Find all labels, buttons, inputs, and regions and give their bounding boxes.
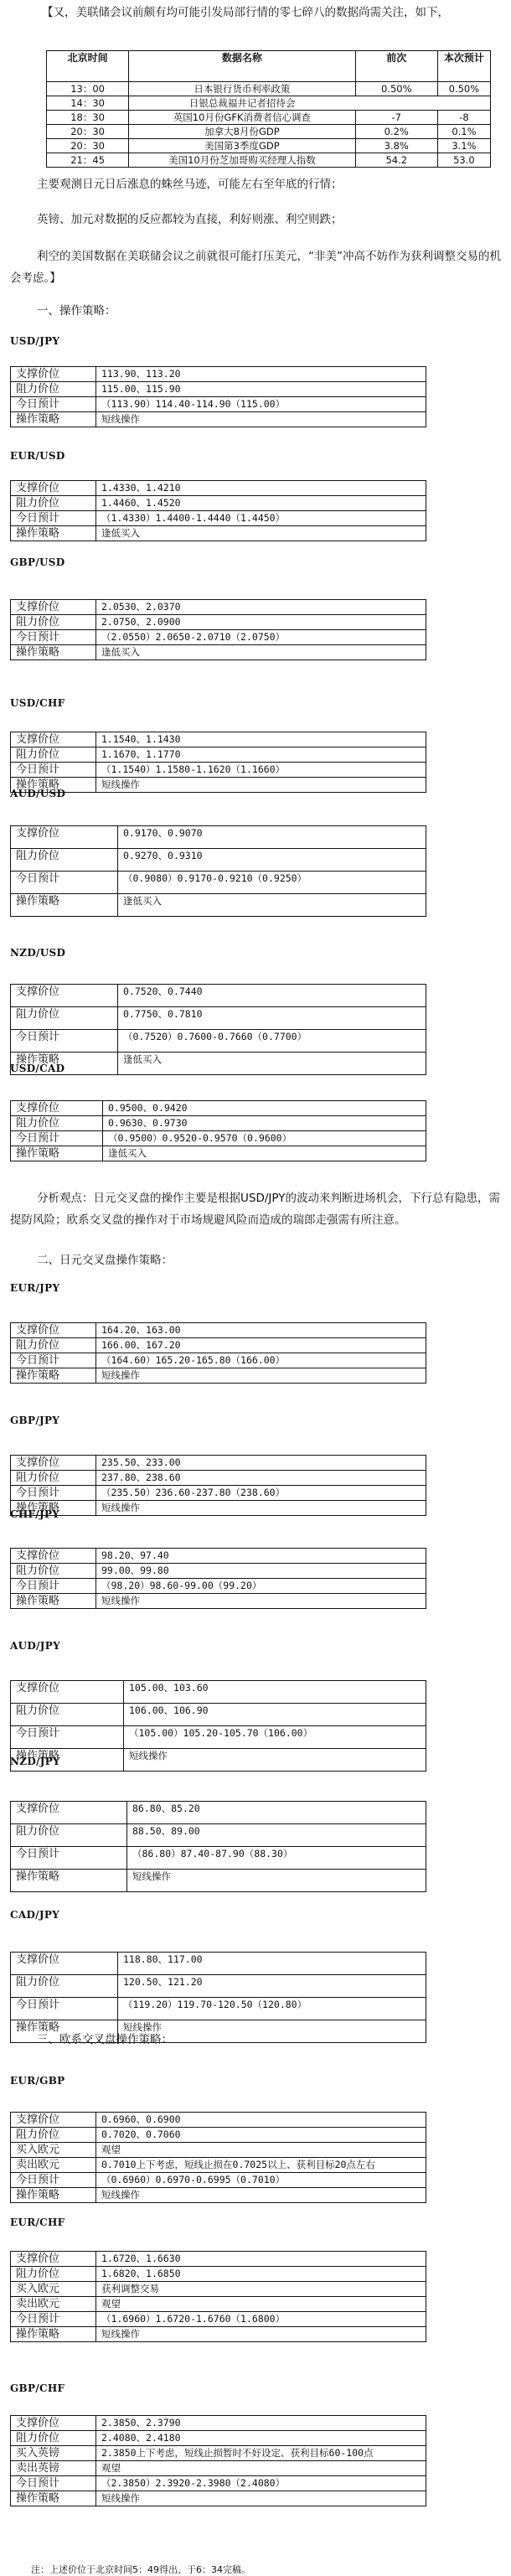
table-row: 今日预计（86.80）87.40-87.90（88.30） — [11, 1847, 426, 1870]
row-label: 阻力价位 — [11, 747, 96, 763]
row-value: （1.6960）1.6720-1.6760（1.6800） — [96, 2312, 426, 2327]
pair-heading-usd-cad: USD/CAD — [10, 1063, 65, 1074]
table-row: 支撑价位0.7520、0.7440 — [11, 985, 426, 1007]
row-value: 2.4080、2.4180 — [96, 2431, 426, 2446]
pair-heading-eur-gbp: EUR/GBP — [10, 2075, 65, 2087]
row-label: 支撑价位 — [11, 2252, 96, 2267]
cell-name: 美国第3季度GDP — [129, 139, 356, 153]
table-row: 今日预计（0.9080）0.9170-0.9210（0.9250） — [11, 872, 426, 894]
table-row: 卖出欧元观望 — [11, 2297, 426, 2312]
row-label: 支撑价位 — [11, 600, 96, 615]
cell-name: 加拿大8月份GDP — [129, 125, 356, 139]
strategy-table-aud-usd: 支撑价位0.9170、0.9070阻力价位0.9270、0.9310今日预计（0… — [10, 825, 426, 917]
row-label: 阻力价位 — [11, 496, 96, 511]
table-row: 支撑价位1.6720、1.6630 — [11, 2252, 426, 2267]
cell-time: 20：30 — [47, 125, 129, 139]
row-label: 今日预计 — [11, 397, 96, 412]
table-row: 买入英镑2.3850上下考虑，短线止损暂时不好设定、获利目标60-100点 — [11, 2446, 426, 2461]
row-value: 2.0750、2.0900 — [96, 615, 426, 630]
strategy-table-eur-gbp: 支撑价位0.6960、0.6900阻力价位0.7020、0.7060买入欧元观望… — [10, 2112, 426, 2203]
row-value: 逢低买入 — [118, 1053, 426, 1075]
col-header-previous: 前次 — [355, 51, 437, 82]
row-value: 短线操作 — [96, 1594, 426, 1609]
row-value: 86.80、85.20 — [127, 1802, 426, 1824]
row-label: 阻力价位 — [11, 1975, 118, 1998]
pair-heading-cad-jpy: CAD/JPY — [10, 1909, 59, 1921]
row-value: 观望 — [96, 2143, 426, 2158]
table-row: 今日预计（113.90）114.40-114.90（115.00） — [11, 397, 426, 412]
row-value: 120.50、121.20 — [118, 1975, 426, 1998]
table-row: 支撑价位2.0530、2.0370 — [11, 600, 426, 615]
cell-name: 英国10月份GFK消费者信心调查 — [129, 111, 356, 125]
row-label: 阻力价位 — [11, 615, 96, 630]
cell-time: 21：45 — [47, 153, 129, 168]
row-label: 阻力价位 — [11, 382, 96, 397]
pair-heading-gbp-jpy: GBP/JPY — [10, 1415, 59, 1426]
row-value: （86.80）87.40-87.90（88.30） — [127, 1847, 426, 1870]
table-row: 卖出欧元0.7010上下考虑，短线止损在0.7025以上、获利目标20点左右 — [11, 2158, 426, 2173]
table-row: 支撑价位86.80、85.20 — [11, 1802, 426, 1824]
row-label: 操作策略 — [11, 1146, 103, 1161]
row-label: 支撑价位 — [11, 2113, 96, 2128]
table-row: 操作策略短线操作 — [11, 1594, 426, 1609]
row-label: 操作策略 — [11, 526, 96, 541]
row-label: 今日预计 — [11, 1131, 103, 1146]
table-row: 操作策略逢低买入 — [11, 1146, 426, 1161]
row-value: 1.6720、1.6630 — [96, 2252, 426, 2267]
row-label: 支撑价位 — [11, 1802, 127, 1824]
row-label: 今日预计 — [11, 2312, 96, 2327]
row-value: 短线操作 — [96, 2327, 426, 2342]
row-value: 0.9170、0.9070 — [118, 826, 426, 849]
table-row: 支撑价位113.90、113.20 — [11, 367, 426, 382]
table-row: 卖出英镑观望 — [11, 2461, 426, 2476]
cell-forecast: 53.0 — [437, 153, 490, 168]
row-value: 0.9500、0.9420 — [103, 1101, 426, 1116]
cell-forecast: 0.1% — [437, 125, 490, 139]
row-label: 操作策略 — [11, 2327, 96, 2342]
row-label: 买入欧元 — [11, 2282, 96, 2297]
table-row: 今日预计（0.9500）0.9520-0.9570（0.9600） — [11, 1131, 426, 1146]
row-label: 支撑价位 — [11, 481, 96, 496]
table-row: 阻力价位115.00、115.90 — [11, 382, 426, 397]
table-row: 20：30 加拿大8月份GDP 0.2% 0.1% — [47, 125, 491, 139]
row-label: 今日预计 — [11, 1726, 124, 1749]
table-row: 支撑价位0.9500、0.9420 — [11, 1101, 426, 1116]
table-row: 支撑价位105.00、103.60 — [11, 1681, 426, 1704]
row-value: 1.4460、1.4520 — [96, 496, 426, 511]
table-row: 操作策略短线操作 — [11, 1749, 426, 1772]
row-value: 235.50、233.00 — [96, 1456, 426, 1471]
row-value: 113.90、113.20 — [96, 367, 426, 382]
table-row: 阻力价位99.00、99.80 — [11, 1564, 426, 1579]
table-row: 操作策略逢低买入 — [11, 526, 426, 541]
intro-paragraph-3: 利空的美国数据在美联储会议之前就很可能打压美元，“非美”冲高不妨作为获利调整交易… — [10, 246, 504, 289]
table-row: 今日预计（1.6960）1.6720-1.6760（1.6800） — [11, 2312, 426, 2327]
intro-paragraph-2: 英镑、加元对数据的反应都较为直接，利好则涨、利空则跌； — [10, 209, 504, 230]
strategy-table-nzd-usd: 支撑价位0.7520、0.7440阻力价位0.7750、0.7810今日预计（0… — [10, 984, 426, 1075]
row-value: 观望 — [96, 2461, 426, 2476]
row-label: 操作策略 — [11, 2491, 96, 2506]
table-row: 支撑价位1.1540、1.1430 — [11, 732, 426, 747]
row-label: 今日预计 — [11, 1030, 118, 1053]
cell-previous: -7 — [355, 111, 437, 125]
table-row: 今日预计（2.0550）2.0650-2.0710（2.0750） — [11, 630, 426, 645]
row-label: 支撑价位 — [11, 732, 96, 747]
table-row: 今日预计（98.20）98.60-99.00（99.20） — [11, 1579, 426, 1594]
row-value: 短线操作 — [127, 1870, 426, 1892]
table-row: 操作策略短线操作 — [11, 1501, 426, 1516]
row-label: 阻力价位 — [11, 2431, 96, 2446]
strategy-table-eur-chf: 支撑价位1.6720、1.6630阻力价位1.6820、1.6850买入欧元获利… — [10, 2251, 426, 2342]
row-value: 1.1540、1.1430 — [96, 732, 426, 747]
row-label: 操作策略 — [11, 645, 96, 660]
intro-lead: 【又，美联储会议前颇有均可能引发局部行情的零七碎八的数据尚需关注，如下， — [10, 2, 504, 23]
table-row: 支撑价位164.20、163.00 — [11, 1323, 426, 1338]
row-value: 99.00、99.80 — [96, 1564, 426, 1579]
row-label: 支撑价位 — [11, 1681, 124, 1704]
cell-name: 美国10月份芝加哥购买经理人指数 — [129, 153, 356, 168]
table-row: 操作策略短线操作 — [11, 2327, 426, 2342]
row-label: 买入欧元 — [11, 2143, 96, 2158]
row-value: （0.9500）0.9520-0.9570（0.9600） — [103, 1131, 426, 1146]
row-value: 2.3850上下考虑，短线止损暂时不好设定、获利目标60-100点 — [96, 2446, 426, 2461]
strategy-table-gbp-chf: 支撑价位2.3850、2.3790阻力价位2.4080、2.4180买入英镑2.… — [10, 2415, 426, 2506]
pair-heading-usd-jpy: USD/JPY — [10, 335, 59, 347]
row-label: 卖出欧元 — [11, 2297, 96, 2312]
row-label: 支撑价位 — [11, 367, 96, 382]
strategy-table-gbp-usd: 支撑价位2.0530、2.0370阻力价位2.0750、2.0900今日预计（2… — [10, 599, 426, 660]
row-value: 88.50、89.00 — [127, 1824, 426, 1847]
table-row: 阻力价位0.7750、0.7810 — [11, 1007, 426, 1030]
row-value: 短线操作 — [96, 1368, 426, 1384]
cell-previous: 54.2 — [355, 153, 437, 168]
row-value: 164.20、163.00 — [96, 1323, 426, 1338]
table-row: 操作策略短线操作 — [11, 2491, 426, 2506]
table-row: 21：45 美国10月份芝加哥购买经理人指数 54.2 53.0 — [47, 153, 491, 168]
row-value: （1.4330）1.4400-1.4440（1.4450） — [96, 511, 426, 526]
table-row: 支撑价位118.80、117.00 — [11, 1953, 426, 1975]
row-value: 获利调整交易 — [96, 2282, 426, 2297]
table-row: 操作策略短线操作 — [11, 778, 426, 793]
row-label: 今日预计 — [11, 1486, 96, 1501]
table-row: 操作策略逢低买入 — [11, 645, 426, 660]
pair-heading-aud-usd: AUD/USD — [10, 788, 65, 799]
cell-name: 日本银行货币利率政策 — [129, 82, 356, 96]
strategy-table-nzd-jpy: 支撑价位86.80、85.20阻力价位88.50、89.00今日预计（86.80… — [10, 1801, 426, 1892]
row-value: （2.3850）2.3920-2.3980（2.4080） — [96, 2476, 426, 2491]
table-row: 支撑价位0.9170、0.9070 — [11, 826, 426, 849]
row-label: 今日预计 — [11, 1998, 118, 2020]
cell-empty — [355, 96, 490, 111]
table-row: 支撑价位2.3850、2.3790 — [11, 2416, 426, 2431]
cell-time: 14：30 — [47, 96, 129, 111]
row-value: 0.9270、0.9310 — [118, 849, 426, 872]
row-value: （0.6960）0.6970-0.6995（0.7010） — [96, 2173, 426, 2188]
row-label: 操作策略 — [11, 412, 96, 427]
row-value: （0.7520）0.7600-0.7660（0.7700） — [118, 1030, 426, 1053]
row-value: 逢低买入 — [96, 526, 426, 541]
row-value: （119.20）119.70-120.50（120.80） — [118, 1998, 426, 2020]
row-value: 1.6820、1.6850 — [96, 2267, 426, 2282]
table-row: 今日预计（119.20）119.70-120.50（120.80） — [11, 1998, 426, 2020]
row-value: 短线操作 — [96, 778, 426, 793]
row-label: 阻力价位 — [11, 1704, 124, 1726]
table-row: 操作策略短线操作 — [11, 412, 426, 427]
table-row: 操作策略短线操作 — [11, 1870, 426, 1892]
strategy-table-gbp-jpy: 支撑价位235.50、233.00阻力价位237.80、238.60今日预计（2… — [10, 1455, 426, 1516]
row-label: 今日预计 — [11, 630, 96, 645]
table-row: 今日预计（164.60）165.20-165.80（166.00） — [11, 1353, 426, 1368]
table-row: 操作策略逢低买入 — [11, 894, 426, 917]
strategy-table-aud-jpy: 支撑价位105.00、103.60阻力价位106.00、106.90今日预计（1… — [10, 1680, 426, 1772]
strategy-table-usd-jpy: 支撑价位113.90、113.20阻力价位115.00、115.90今日预计（1… — [10, 366, 426, 427]
row-value: 1.4330、1.4210 — [96, 481, 426, 496]
row-value: 短线操作 — [96, 1501, 426, 1516]
row-value: 逢低买入 — [96, 645, 426, 660]
row-value: （2.0550）2.0650-2.0710（2.0750） — [96, 630, 426, 645]
row-value: 逢低买入 — [118, 894, 426, 917]
row-value: 短线操作 — [96, 2188, 426, 2203]
footnote: 注：上述价位于北京时间5：49得出、于6：34完稿。 — [31, 2563, 250, 2576]
table-row: 阻力价位0.9630、0.9730 — [11, 1116, 426, 1131]
row-label: 操作策略 — [11, 894, 118, 917]
row-label: 阻力价位 — [11, 1338, 96, 1353]
row-label: 阻力价位 — [11, 2128, 96, 2143]
table-row: 支撑价位98.20、97.40 — [11, 1549, 426, 1564]
row-value: 0.6960、0.6900 — [96, 2113, 426, 2128]
pair-heading-nzd-jpy: NZD/JPY — [10, 1756, 60, 1767]
row-value: 2.3850、2.3790 — [96, 2416, 426, 2431]
pair-heading-nzd-usd: NZD/USD — [10, 947, 65, 959]
section2-title: 二、日元交叉盘操作策略： — [10, 1249, 504, 1271]
table-row: 14：30 日银总裁福井记者招待会 — [47, 96, 491, 111]
col-header-time: 北京时间 — [47, 51, 129, 82]
pair-heading-aud-jpy: AUD/JPY — [10, 1640, 60, 1652]
row-value: 98.20、97.40 — [96, 1549, 426, 1564]
row-value: 106.00、106.90 — [124, 1704, 426, 1726]
row-label: 支撑价位 — [11, 1323, 96, 1338]
strategy-table-chf-jpy: 支撑价位98.20、97.40阻力价位99.00、99.80今日预计（98.20… — [10, 1548, 426, 1609]
row-label: 支撑价位 — [11, 985, 118, 1007]
table-header-row: 北京时间 数据名称 前次 本次预计 — [47, 51, 491, 82]
row-value: （1.1540）1.1580-1.1620（1.1660） — [96, 763, 426, 778]
section3-title: 三、欧系交叉盘操作策略： — [10, 2029, 504, 2051]
row-label: 今日预计 — [11, 872, 118, 894]
row-value: 105.00、103.60 — [124, 1681, 426, 1704]
cell-previous: 3.8% — [355, 139, 437, 153]
table-row: 阻力价位237.80、238.60 — [11, 1471, 426, 1486]
row-label: 支撑价位 — [11, 1101, 103, 1116]
row-value: 0.7750、0.7810 — [118, 1007, 426, 1030]
row-label: 支撑价位 — [11, 826, 118, 849]
table-row: 支撑价位1.4330、1.4210 — [11, 481, 426, 496]
table-row: 操作策略短线操作 — [11, 2188, 426, 2203]
table-row: 今日预计（105.00）105.20-105.70（106.00） — [11, 1726, 426, 1749]
row-value: （113.90）114.40-114.90（115.00） — [96, 397, 426, 412]
cell-previous: 0.50% — [355, 82, 437, 96]
row-value: 237.80、238.60 — [96, 1471, 426, 1486]
table-row: 今日预计（1.1540）1.1580-1.1620（1.1660） — [11, 763, 426, 778]
row-value: 观望 — [96, 2297, 426, 2312]
row-label: 今日预计 — [11, 2173, 96, 2188]
row-value: 0.9630、0.9730 — [103, 1116, 426, 1131]
table-row: 阻力价位0.7020、0.7060 — [11, 2128, 426, 2143]
row-label: 操作策略 — [11, 1368, 96, 1384]
table-row: 阻力价位1.4460、1.4520 — [11, 496, 426, 511]
table-row: 20：30 美国第3季度GDP 3.8% 3.1% — [47, 139, 491, 153]
table-row: 今日预计（2.3850）2.3920-2.3980（2.4080） — [11, 2476, 426, 2491]
row-value: 0.7520、0.7440 — [118, 985, 426, 1007]
row-label: 阻力价位 — [11, 1824, 127, 1847]
pair-heading-usd-chf: USD/CHF — [10, 697, 65, 709]
economic-calendar-table: 北京时间 数据名称 前次 本次预计 13：00 日本银行货币利率政策 0.50%… — [46, 50, 491, 168]
table-row: 买入欧元获利调整交易 — [11, 2282, 426, 2297]
table-row: 阻力价位1.6820、1.6850 — [11, 2267, 426, 2282]
row-label: 操作策略 — [11, 1594, 96, 1609]
row-value: （105.00）105.20-105.70（106.00） — [124, 1726, 426, 1749]
row-label: 今日预计 — [11, 1353, 96, 1368]
row-value: （164.60）165.20-165.80（166.00） — [96, 1353, 426, 1368]
table-row: 阻力价位106.00、106.90 — [11, 1704, 426, 1726]
cell-name: 日银总裁福井记者招待会 — [129, 96, 356, 111]
intro-paragraph-1: 主要观测日元日后涨息的蛛丝马迹，可能左右至年底的行情； — [10, 173, 504, 195]
cell-forecast: 0.50% — [437, 82, 490, 96]
strategy-table-usd-chf: 支撑价位1.1540、1.1430阻力价位1.1670、1.1770今日预计（1… — [10, 732, 426, 793]
row-label: 今日预计 — [11, 1579, 96, 1594]
table-row: 阻力价位0.9270、0.9310 — [11, 849, 426, 872]
row-label: 买入英镑 — [11, 2446, 96, 2461]
row-label: 阻力价位 — [11, 1007, 118, 1030]
strategy-table-eur-jpy: 支撑价位164.20、163.00阻力价位166.00、167.20今日预计（1… — [10, 1322, 426, 1384]
table-row: 阻力价位2.0750、2.0900 — [11, 615, 426, 630]
table-row: 今日预计（1.4330）1.4400-1.4440（1.4450） — [11, 511, 426, 526]
row-label: 支撑价位 — [11, 1549, 96, 1564]
row-label: 卖出欧元 — [11, 2158, 96, 2173]
row-label: 今日预计 — [11, 2476, 96, 2491]
row-label: 操作策略 — [11, 1870, 127, 1892]
table-row: 今日预计（0.7520）0.7600-0.7660（0.7700） — [11, 1030, 426, 1053]
cell-time: 18：30 — [47, 111, 129, 125]
row-value: 短线操作 — [96, 2491, 426, 2506]
table-row: 操作策略逢低买入 — [11, 1053, 426, 1075]
row-value: （235.50）236.60-237.80（238.60） — [96, 1486, 426, 1501]
table-row: 阻力价位1.1670、1.1770 — [11, 747, 426, 763]
row-value: 2.0530、2.0370 — [96, 600, 426, 615]
row-label: 阻力价位 — [11, 1116, 103, 1131]
row-label: 操作策略 — [11, 2188, 96, 2203]
row-label: 支撑价位 — [11, 1953, 118, 1975]
row-value: 115.00、115.90 — [96, 382, 426, 397]
section1-title: 一、操作策略： — [10, 300, 504, 322]
pair-heading-eur-chf: EUR/CHF — [10, 2216, 65, 2228]
table-row: 买入欧元观望 — [11, 2143, 426, 2158]
row-value: 0.7020、0.7060 — [96, 2128, 426, 2143]
table-row: 18：30 英国10月份GFK消费者信心调查 -7 -8 — [47, 111, 491, 125]
row-label: 阻力价位 — [11, 849, 118, 872]
table-row: 阻力价位166.00、167.20 — [11, 1338, 426, 1353]
analysis-paragraph: 分析观点：日元交叉盘的操作主要是根据USD/JPY的波动来判断进场机会，下行总有… — [10, 1187, 504, 1231]
table-row: 支撑价位235.50、233.00 — [11, 1456, 426, 1471]
table-row: 操作策略短线操作 — [11, 1368, 426, 1384]
row-value: （98.20）98.60-99.00（99.20） — [96, 1579, 426, 1594]
table-row: 阻力价位120.50、121.20 — [11, 1975, 426, 1998]
row-label: 阻力价位 — [11, 1471, 96, 1486]
col-header-name: 数据名称 — [129, 51, 356, 82]
table-row: 阻力价位2.4080、2.4180 — [11, 2431, 426, 2446]
table-row: 支撑价位0.6960、0.6900 — [11, 2113, 426, 2128]
row-label: 阻力价位 — [11, 1564, 96, 1579]
pair-heading-chf-jpy: CHF/JPY — [10, 1508, 59, 1520]
row-value: 1.1670、1.1770 — [96, 747, 426, 763]
cell-forecast: -8 — [437, 111, 490, 125]
table-row: 今日预计（0.6960）0.6970-0.6995（0.7010） — [11, 2173, 426, 2188]
table-row: 今日预计（235.50）236.60-237.80（238.60） — [11, 1486, 426, 1501]
row-value: 短线操作 — [124, 1749, 426, 1772]
row-value: （0.9080）0.9170-0.9210（0.9250） — [118, 872, 426, 894]
pair-heading-eur-jpy: EUR/JPY — [10, 1282, 59, 1294]
cell-time: 20：30 — [47, 139, 129, 153]
pair-heading-gbp-chf: GBP/CHF — [10, 2382, 65, 2394]
pair-heading-eur-usd: EUR/USD — [10, 450, 65, 462]
cell-previous: 0.2% — [355, 125, 437, 139]
row-value: 逢低买入 — [103, 1146, 426, 1161]
row-label: 支撑价位 — [11, 2416, 96, 2431]
row-label: 今日预计 — [11, 1847, 127, 1870]
table-row: 阻力价位88.50、89.00 — [11, 1824, 426, 1847]
strategy-table-eur-usd: 支撑价位1.4330、1.4210阻力价位1.4460、1.4520今日预计（1… — [10, 480, 426, 541]
row-label: 支撑价位 — [11, 1456, 96, 1471]
row-label: 今日预计 — [11, 511, 96, 526]
col-header-forecast: 本次预计 — [437, 51, 490, 82]
row-label: 阻力价位 — [11, 2267, 96, 2282]
row-label: 卖出英镑 — [11, 2461, 96, 2476]
row-value: 166.00、167.20 — [96, 1338, 426, 1353]
row-value: 0.7010上下考虑，短线止损在0.7025以上、获利目标20点左右 — [96, 2158, 426, 2173]
row-label: 今日预计 — [11, 763, 96, 778]
row-value: 118.80、117.00 — [118, 1953, 426, 1975]
pair-heading-gbp-usd: GBP/USD — [10, 556, 65, 568]
row-value: 短线操作 — [96, 412, 426, 427]
cell-forecast: 3.1% — [437, 139, 490, 153]
strategy-table-usd-cad: 支撑价位0.9500、0.9420阻力价位0.9630、0.9730今日预计（0… — [10, 1100, 426, 1161]
table-row: 13：00 日本银行货币利率政策 0.50% 0.50% — [47, 82, 491, 96]
cell-time: 13：00 — [47, 82, 129, 96]
